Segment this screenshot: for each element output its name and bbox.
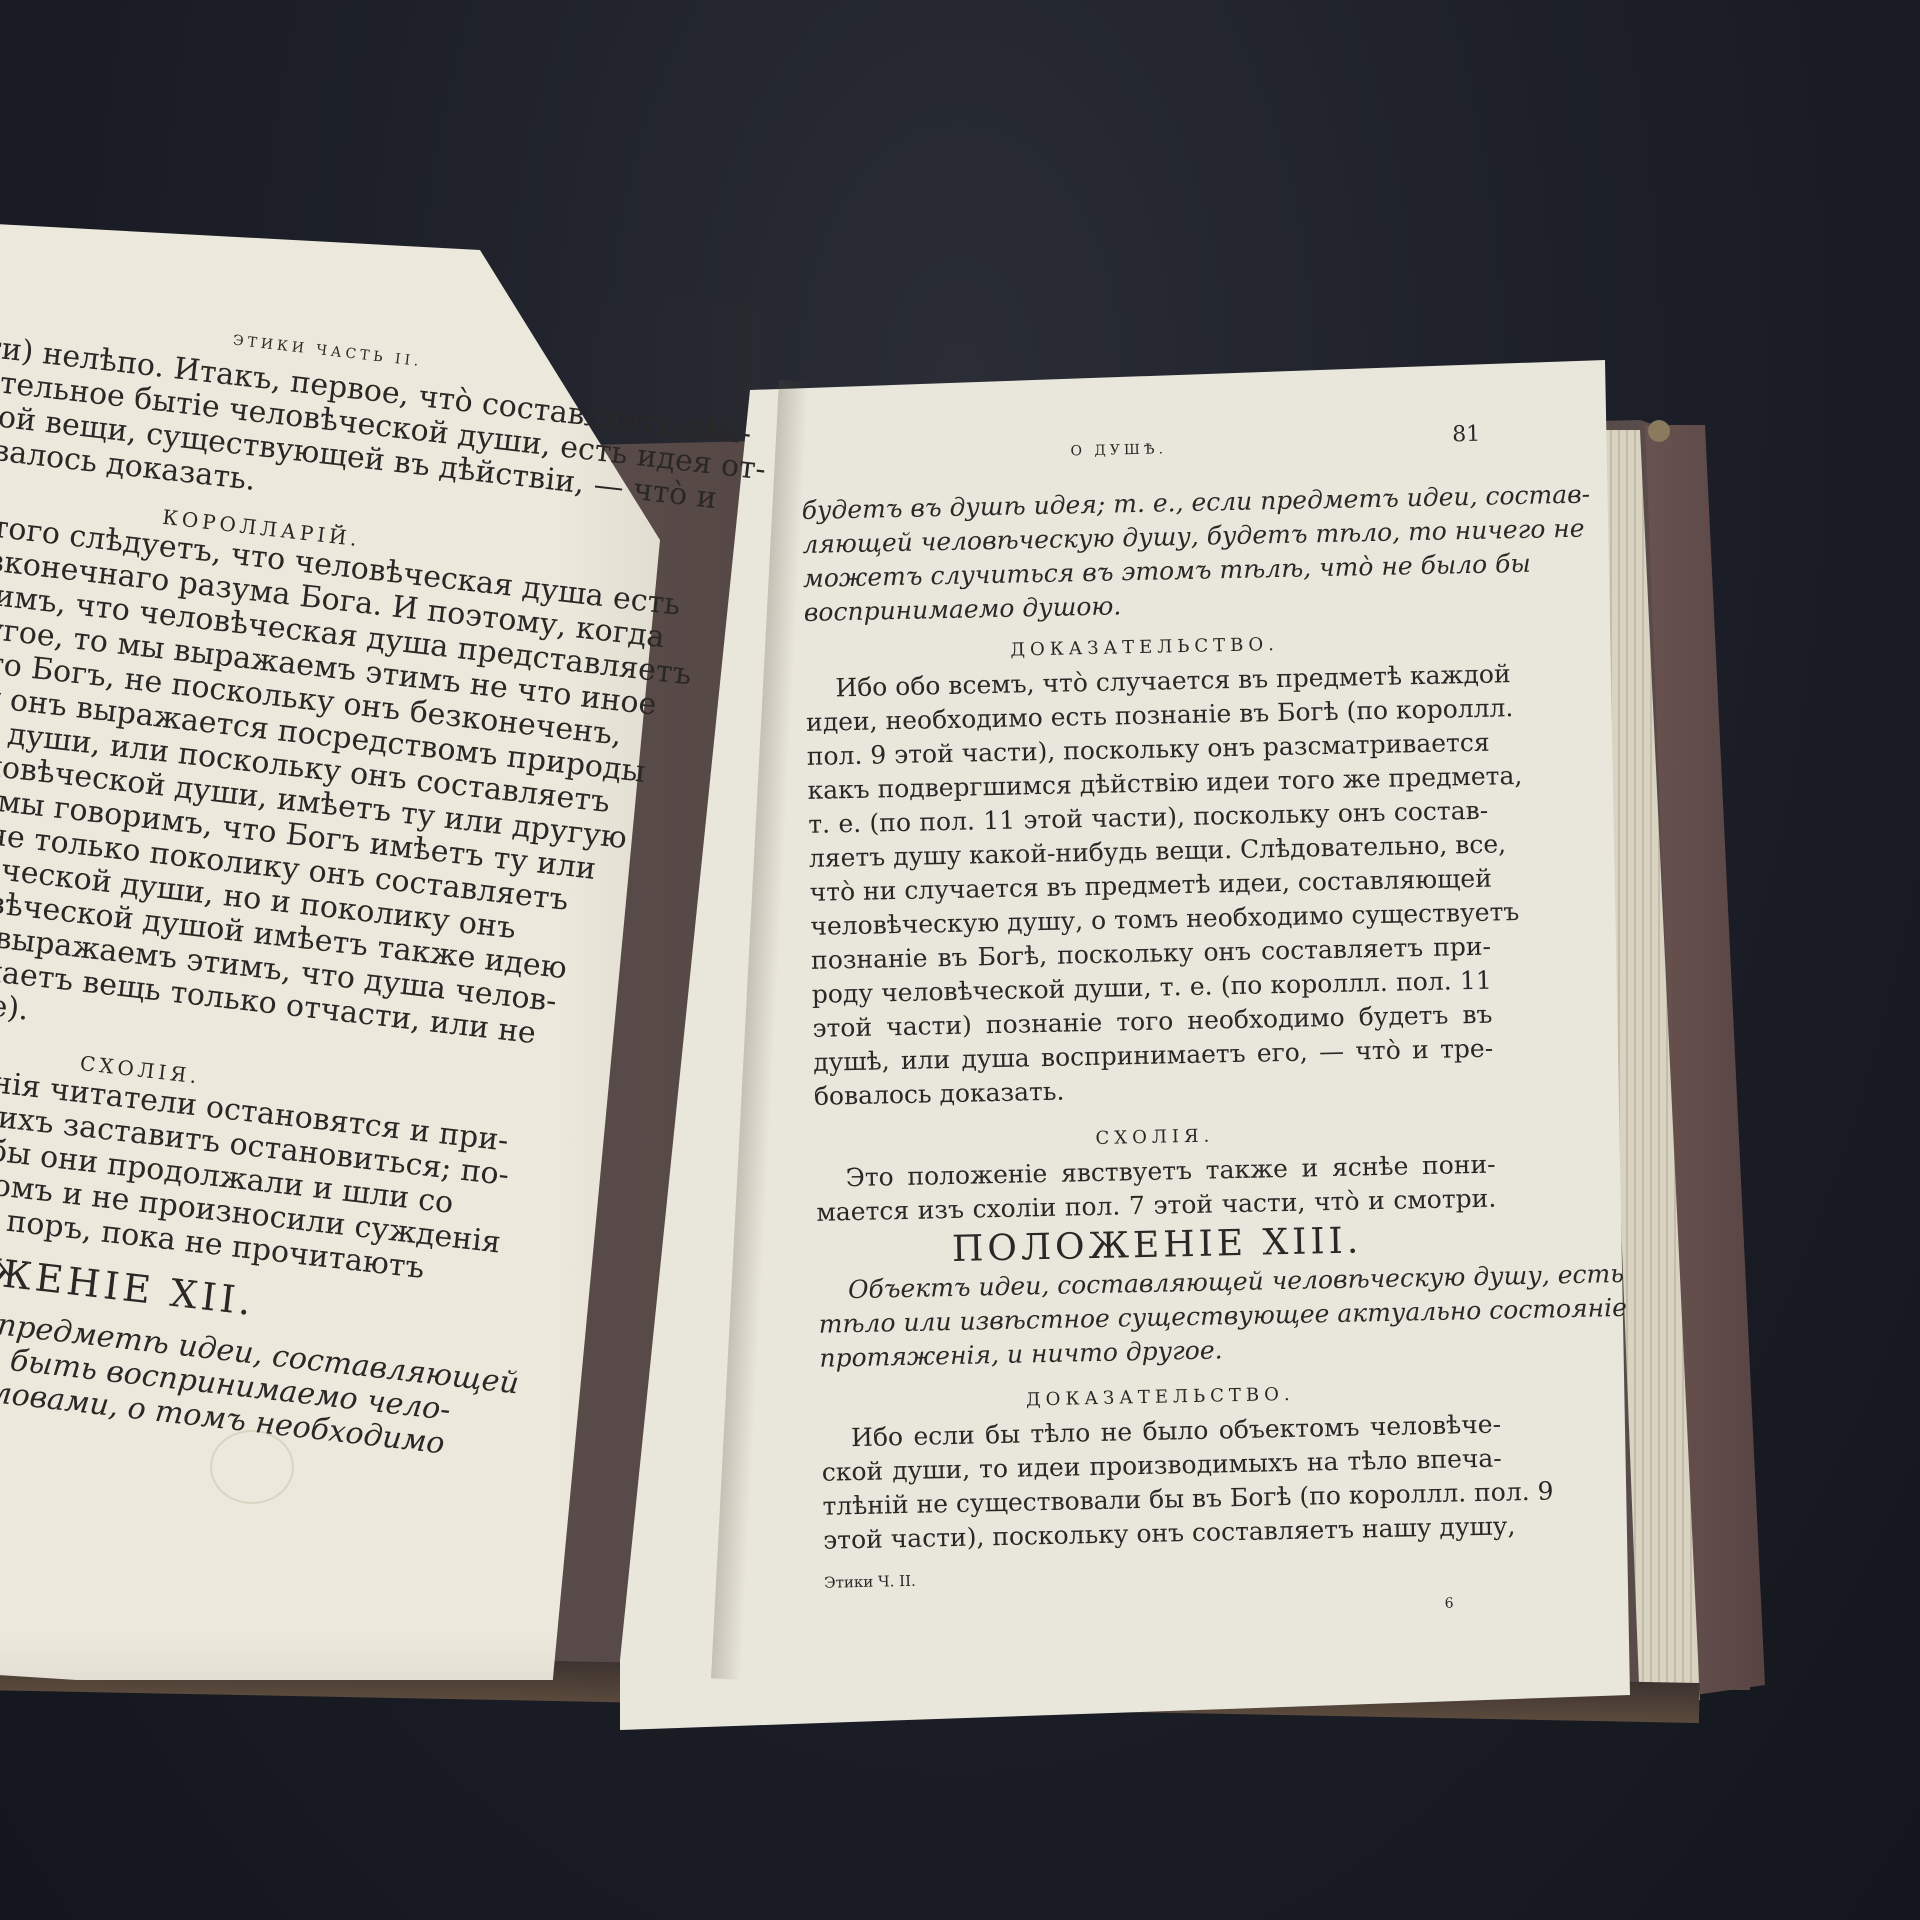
- footer-note: Этики Ч. II.: [824, 1564, 916, 1600]
- page-number-right: 81: [1452, 418, 1481, 453]
- left-page-text: 80 ЭТИКИ ЧАСТЬ II. асти) нелѣпо. Итакъ, …: [0, 0, 696, 79]
- running-head-right: О ДУШѢ.: [1070, 432, 1167, 468]
- photo-scene: 80 ЭТИКИ ЧАСТЬ II. асти) нелѣпо. Итакъ, …: [0, 0, 1920, 1920]
- headband: [1648, 420, 1670, 442]
- right-page-text: О ДУШѢ. 81 будетъ въ душѣ идея; т. е., е…: [800, 416, 1505, 1628]
- signature-mark: 6: [1444, 1587, 1454, 1621]
- right-page-footer: Этики Ч. II. 6: [824, 1544, 1505, 1628]
